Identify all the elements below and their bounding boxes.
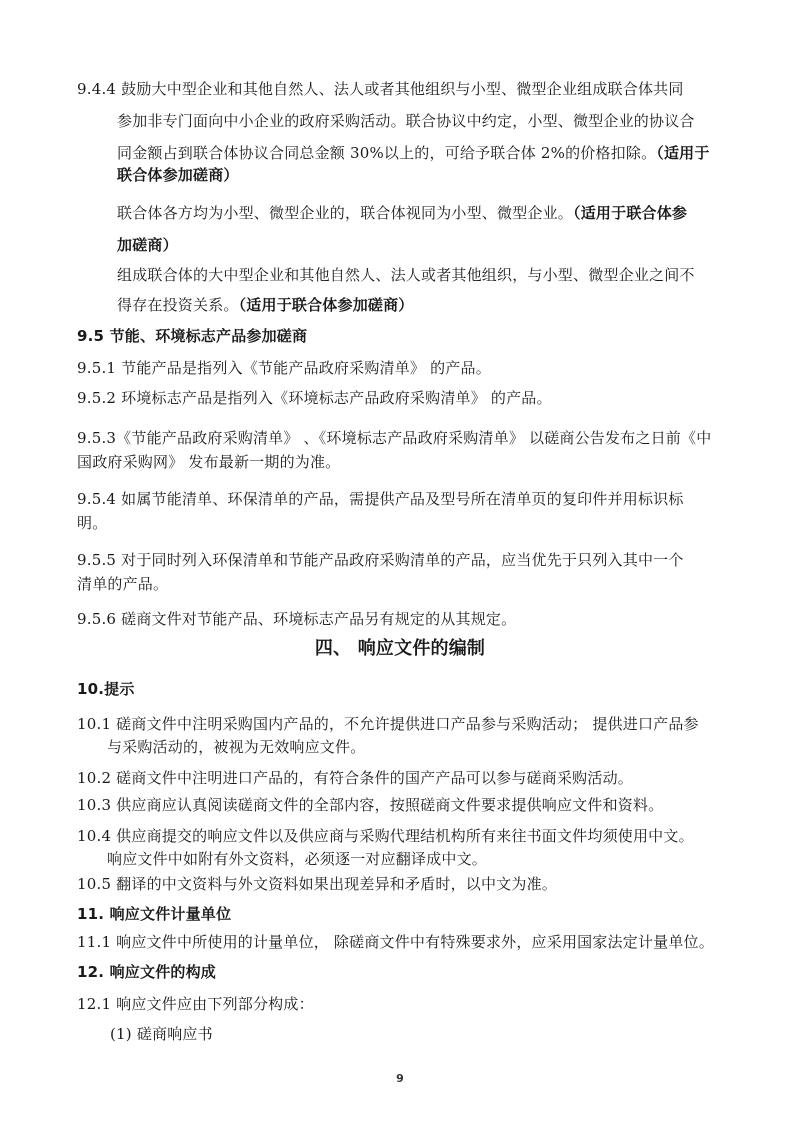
document-page: 9.4.4 鼓励大中型企业和其他自然人、法人或者其他组织与小型、微型企业组成联合…	[0, 0, 800, 1131]
clause-9-5-3-line-1: 9.5.3《节能产品政府采购清单》 、《环境标志产品政府采购清单》 以磋商公告发…	[77, 428, 711, 448]
clause-9-5-3-line-2: 国政府采购网》 发布最新一期的为准。	[77, 452, 340, 472]
section-heading-10: 10.提示	[77, 679, 135, 699]
section-heading-12: 12. 响应文件的构成	[77, 962, 216, 982]
clause-10-4-line-2: 响应文件中如附有外文资料，必须逐一对应翻译成中文。	[107, 849, 487, 869]
list-item-1: (1) 磋商响应书	[110, 1024, 213, 1044]
consortium-investment-text: 得存在投资关系。	[117, 296, 239, 314]
clause-11-1: 11.1 响应文件中所使用的计量单位， 除磋商文件中有特殊要求外，应采用国家法定…	[77, 932, 714, 952]
page-number: 9	[0, 1072, 800, 1085]
clause-10-3: 10.3 供应商应认真阅读磋商文件的全部内容，按照磋商文件要求提供响应文件和资料…	[77, 795, 663, 815]
clause-10-2: 10.2 磋商文件中注明进口产品的，有符合条件的国产产品可以参与磋商采购活动。	[77, 768, 633, 788]
clause-9-5-5-line-2: 清单的产品。	[77, 574, 168, 594]
applicability-note-cont: 加磋商）	[117, 235, 178, 255]
clause-9-5-5-line-1: 9.5.5 对于同时列入环保清单和节能产品政府采购清单的产品，应当优先于只列入其…	[77, 550, 684, 570]
clause-9-5-4-line-1: 9.5.4 如属节能清单、环保清单的产品，需提供产品及型号所在清单页的复印件并用…	[77, 489, 684, 509]
clause-10-1-line-2: 与采购活动的，被视为无效响应文件。	[107, 737, 365, 757]
applicability-note: （适用于联合体参	[573, 204, 687, 222]
clause-9-5-6: 9.5.6 磋商文件对节能产品、环境标志产品另有规定的从其规定。	[77, 609, 516, 629]
applicability-note-cont: 联合体参加磋商）	[117, 165, 239, 185]
clause-9-4-4-line-2: 参加非专门面向中小企业的政府采购活动。联合协议中约定，小型、微型企业的协议合	[117, 111, 695, 131]
consortium-investment-line-2: 得存在投资关系。（适用于联合体参加磋商）	[117, 295, 414, 315]
consortium-investment-line-1: 组成联合体的大中型企业和其他自然人、法人或者其他组织，与小型、微型企业之间不	[117, 265, 695, 285]
clause-10-5: 10.5 翻译的中文资料与外文资料如果出现差异和矛盾时，以中文为准。	[77, 874, 557, 894]
clause-9-4-4-line-3: 同金额占到联合体协议合同总金额 30%以上的，可给予联合体 2%的价格扣除。（适…	[117, 143, 710, 163]
clause-9-5-1: 9.5.1 节能产品是指列入《节能产品政府采购清单》 的产品。	[77, 358, 491, 378]
clause-9-5-2: 9.5.2 环境标志产品是指列入《环境标志产品政府采购清单》 的产品。	[77, 388, 552, 408]
clause-12-1: 12.1 响应文件应由下列部分构成：	[77, 994, 314, 1014]
section-heading-9-5: 9.5 节能、环境标志产品参加磋商	[77, 326, 307, 346]
applicability-note: （适用于联合体参加磋商）	[239, 296, 414, 314]
section-heading-11: 11. 响应文件计量单位	[77, 904, 231, 924]
clause-9-5-4-line-2: 明。	[77, 513, 107, 533]
clause-10-4-line-1: 10.4 供应商提交的响应文件以及供应商与采购代理结机构所有来往书面文件均须使用…	[77, 826, 694, 846]
clause-9-4-4-line-1: 9.4.4 鼓励大中型企业和其他自然人、法人或者其他组织与小型、微型企业组成联合…	[77, 79, 684, 99]
clause-10-1-line-1: 10.1 磋商文件中注明采购国内产品的，不允许提供进口产品参与采购活动； 提供进…	[77, 714, 699, 734]
consortium-small-text: 联合体各方均为小型、微型企业的，联合体视同为小型、微型企业。	[117, 204, 573, 222]
chapter-title: 四、 响应文件的编制	[0, 637, 800, 661]
clause-9-4-4-text: 同金额占到联合体协议合同总金额 30%以上的，可给予联合体 2%的价格扣除。	[117, 144, 656, 162]
applicability-note: （适用于	[656, 144, 709, 162]
consortium-small-line-1: 联合体各方均为小型、微型企业的，联合体视同为小型、微型企业。（适用于联合体参	[117, 203, 687, 223]
